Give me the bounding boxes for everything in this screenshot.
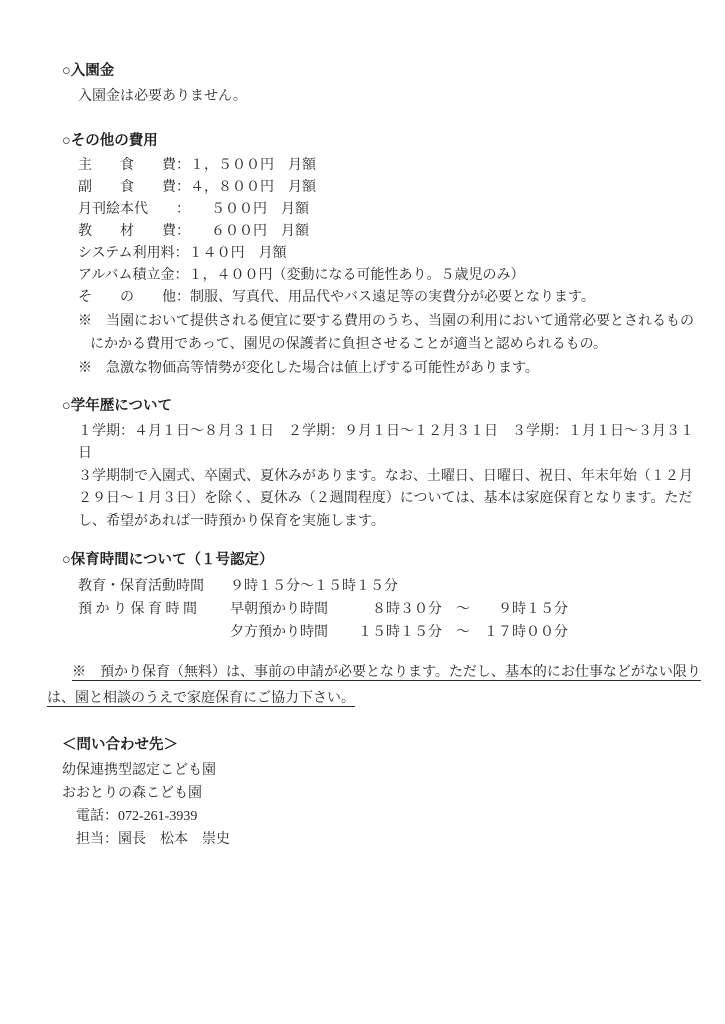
fee-colon: ： [176,290,190,305]
section-school-year: ○学年歴について １学期：４月１日～８月３１日 ２学期：９月１日～１２月３１日 … [62,395,701,534]
care-hours-value: 夕方預かり時間 [230,621,358,644]
contact-lines: 幼保連携型認定こども園 おおとりの森こども園 電話：072-261-3939 担… [62,759,701,851]
fee-value: １，４００円（変動になる可能性あり。５歳児のみ） [188,268,524,283]
fee-colon: ： [176,180,190,195]
care-hours-row-evening: 夕方預かり時間１５時１５分 ～ １７時００分 [78,621,701,644]
fee-colon: ： [175,246,189,261]
fee-row-other: そ の 他：制服、写真代、用品代やバス遠足等の実費分が必要となります。 [78,287,701,309]
contact-facility-name: おおとりの森こども園 [62,782,701,805]
school-year-terms: １学期：４月１日～８月３１日 ２学期：９月１日～１２月３１日 ３学期：１月１日～… [78,421,701,465]
entrance-fee-body: 入園金は必要ありません。 [78,86,701,108]
care-hours-label: 預 か り 保 育 時 間 [78,598,230,621]
fee-label: 副 食 費 [78,180,176,195]
fee-notes: ※ 当園において提供される便宜に要する費用のうち、当園の利用において通常必要とさ… [78,311,701,381]
fee-row-album-savings: アルバム積立金：１，４００円（変動になる可能性あり。５歳児のみ） [78,265,701,287]
care-hours-heading: ○保育時間について（１号認定） [62,549,701,571]
care-hours-table: 教育・保育活動時間９時１５分～１５時１５分 預 か り 保 育 時 間早朝預かり… [78,575,701,644]
care-hours-underlined-note: ※ 預かり保育（無料）は、事前の申請が必要となります。ただし、基本的にお仕事など… [47,660,701,712]
section-entrance-fee: ○入園金 入園金は必要ありません。 [62,60,701,108]
fee-colon: ： [176,158,190,173]
scanned-document-page: ○入園金 入園金は必要ありません。 ○その他の費用 主 食 費：１，５００円 月… [0,0,725,1024]
fee-label: 月刊絵本代 [78,202,176,217]
care-hours-time: ８時３０分 ～ ９時１５分 [358,602,568,617]
fee-label: 主 食 費 [78,158,176,173]
fee-label: 教 材 費 [78,224,176,239]
care-hours-value: 早朝預かり時間 [230,598,358,621]
fee-table: 主 食 費：１，５００円 月額 副 食 費：４，８００円 月額 月刊絵本代 ： … [78,155,701,309]
contact-person: 担当：園長 松本 崇史 [76,828,701,851]
school-year-paragraph: ３学期制で入園式、卒園式、夏休みがあります。なお、土曜日、日曜日、祝日、年末年始… [78,466,701,534]
section-care-hours: ○保育時間について（１号認定） 教育・保育活動時間９時１５分～１５時１５分 預 … [62,549,701,712]
fee-value: １４０円 月額 [189,246,287,261]
fee-colon: ： [176,224,183,239]
fee-row-system-fee: システム利用料：１４０円 月額 [78,243,701,265]
fee-label: そ の 他 [78,290,176,305]
fee-value: ６００円 月額 [183,224,309,239]
fee-value: １，５００円 月額 [190,158,316,173]
fee-value: ５００円 月額 [183,202,309,217]
care-hours-time: １５時１５分 ～ １７時００分 [358,625,568,640]
care-hours-row-activity: 教育・保育活動時間９時１５分～１５時１５分 [78,575,701,598]
other-fees-heading: ○その他の費用 [62,130,701,152]
fee-row-staple-food: 主 食 費：１，５００円 月額 [78,155,701,177]
care-hours-value: ９時１５分～１５時１５分 [230,575,398,598]
entrance-fee-heading: ○入園金 [62,60,701,82]
fee-value: 制服、写真代、用品代やバス遠足等の実費分が必要となります。 [190,290,595,305]
contact-heading: ＜問い合わせ先＞ [62,734,701,756]
care-hours-row-morning: 預 か り 保 育 時 間早朝預かり時間 ８時３０分 ～ ９時１５分 [78,598,701,621]
fee-value: ４，８００円 月額 [190,180,316,195]
fee-note-2: ※ 急激な物価高等情勢が変化した場合は値上げする可能性があります。 [78,358,701,381]
contact-phone: 電話：072-261-3939 [76,805,701,828]
fee-row-side-food: 副 食 費：４，８００円 月額 [78,177,701,199]
fee-colon: ： [176,202,183,217]
section-contact: ＜問い合わせ先＞ 幼保連携型認定こども園 おおとりの森こども園 電話：072-2… [62,734,701,851]
fee-label: システム利用料 [78,246,175,261]
fee-label: アルバム積立金 [78,268,174,283]
contact-facility-type: 幼保連携型認定こども園 [62,759,701,782]
fee-row-materials: 教 材 費： ６００円 月額 [78,221,701,243]
fee-row-picture-book: 月刊絵本代 ： ５００円 月額 [78,199,701,221]
school-year-heading: ○学年歴について [62,395,701,417]
fee-colon: ： [174,268,188,283]
care-hours-label: 教育・保育活動時間 [78,575,230,598]
fee-note-1: ※ 当園において提供される便宜に要する費用のうち、当園の利用において通常必要とさ… [78,311,701,356]
section-other-fees: ○その他の費用 主 食 費：１，５００円 月額 副 食 費：４，８００円 月額 … [62,130,701,381]
